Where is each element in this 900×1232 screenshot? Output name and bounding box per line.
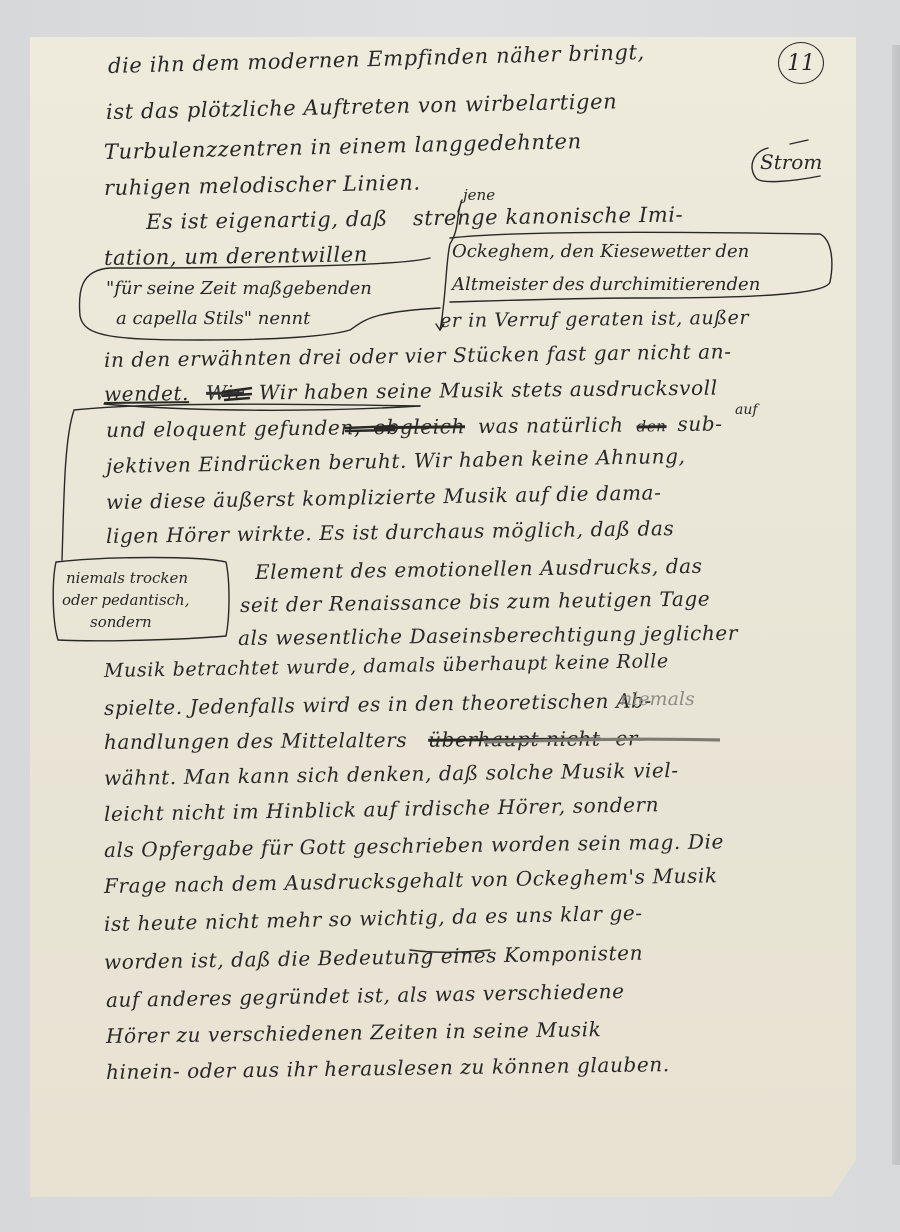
editorial-marks [0,0,900,1232]
pencil-strike-stroke [484,739,720,742]
handwriting-layer: 11 die ihn dem modernen Empfinden näher … [0,0,900,1232]
ockeghem-box-outline [450,232,832,302]
strom-circle-stroke [752,148,820,182]
niemals-box-outline [53,558,229,641]
zeit-box-outline [79,258,440,340]
scribble-deletion-1 [222,388,252,400]
insertion-arrow [440,200,462,330]
scribble-deletion-2 [345,426,395,431]
